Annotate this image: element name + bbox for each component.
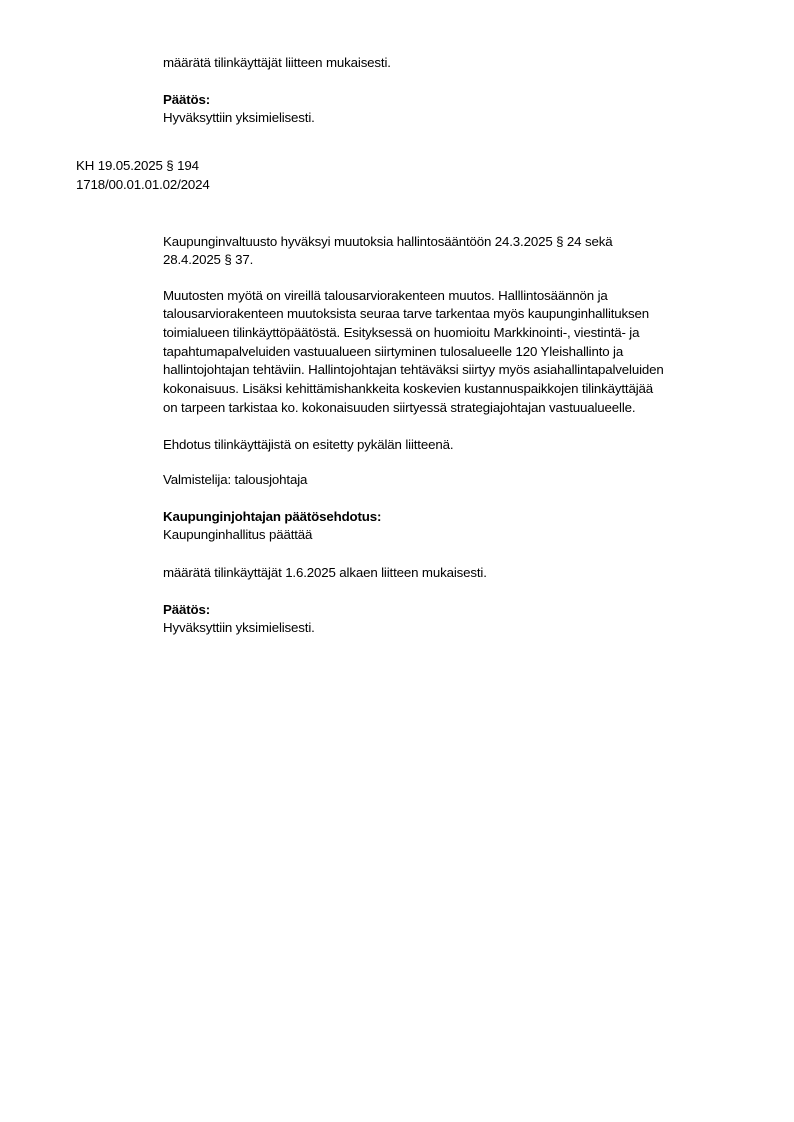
preparer-line: Valmistelija: talousjohtaja bbox=[163, 471, 307, 489]
paragraph-2-line-7: on tarpeen tarkistaa ko. kokonaisuuden s… bbox=[163, 399, 635, 417]
proposal-intro: Kaupunginhallitus päättää bbox=[163, 526, 312, 544]
proposal-label: Kaupunginjohtajan päätösehdotus: bbox=[163, 508, 381, 526]
previous-decision-text: määrätä tilinkäyttäjät liitteen mukaises… bbox=[163, 54, 391, 72]
paragraph-2-line-5: hallintojohtajan tehtäviin. Hallintojoht… bbox=[163, 361, 664, 379]
paragraph-1-line-2: 28.4.2025 § 37. bbox=[163, 251, 253, 269]
paragraph-1-line-1: Kaupunginvaltuusto hyväksyi muutoksia ha… bbox=[163, 233, 612, 251]
paragraph-3-line-1: Ehdotus tilinkäyttäjistä on esitetty pyk… bbox=[163, 436, 453, 454]
case-number: 1718/00.01.01.02/2024 bbox=[76, 176, 210, 194]
proposal-text: määrätä tilinkäyttäjät 1.6.2025 alkaen l… bbox=[163, 564, 487, 582]
paragraph-2-line-6: kokonaisuus. Lisäksi kehittämishankkeita… bbox=[163, 380, 653, 398]
decision-label: Päätös: bbox=[163, 601, 210, 619]
previous-decision-result: Hyväksyttiin yksimielisesti. bbox=[163, 109, 315, 127]
paragraph-2-line-4: tapahtumapalveluiden vastuualueen siirty… bbox=[163, 343, 623, 361]
paragraph-2-line-1: Muutosten myötä on vireillä talousarvior… bbox=[163, 287, 608, 305]
meeting-reference: KH 19.05.2025 § 194 bbox=[76, 157, 199, 175]
paragraph-2-line-2: talousarviorakenteen muutoksista seuraa … bbox=[163, 305, 649, 323]
decision-result: Hyväksyttiin yksimielisesti. bbox=[163, 619, 315, 637]
previous-decision-label: Päätös: bbox=[163, 91, 210, 109]
paragraph-2-line-3: toimialueen tilinkäyttöpäätöstä. Esityks… bbox=[163, 324, 639, 342]
